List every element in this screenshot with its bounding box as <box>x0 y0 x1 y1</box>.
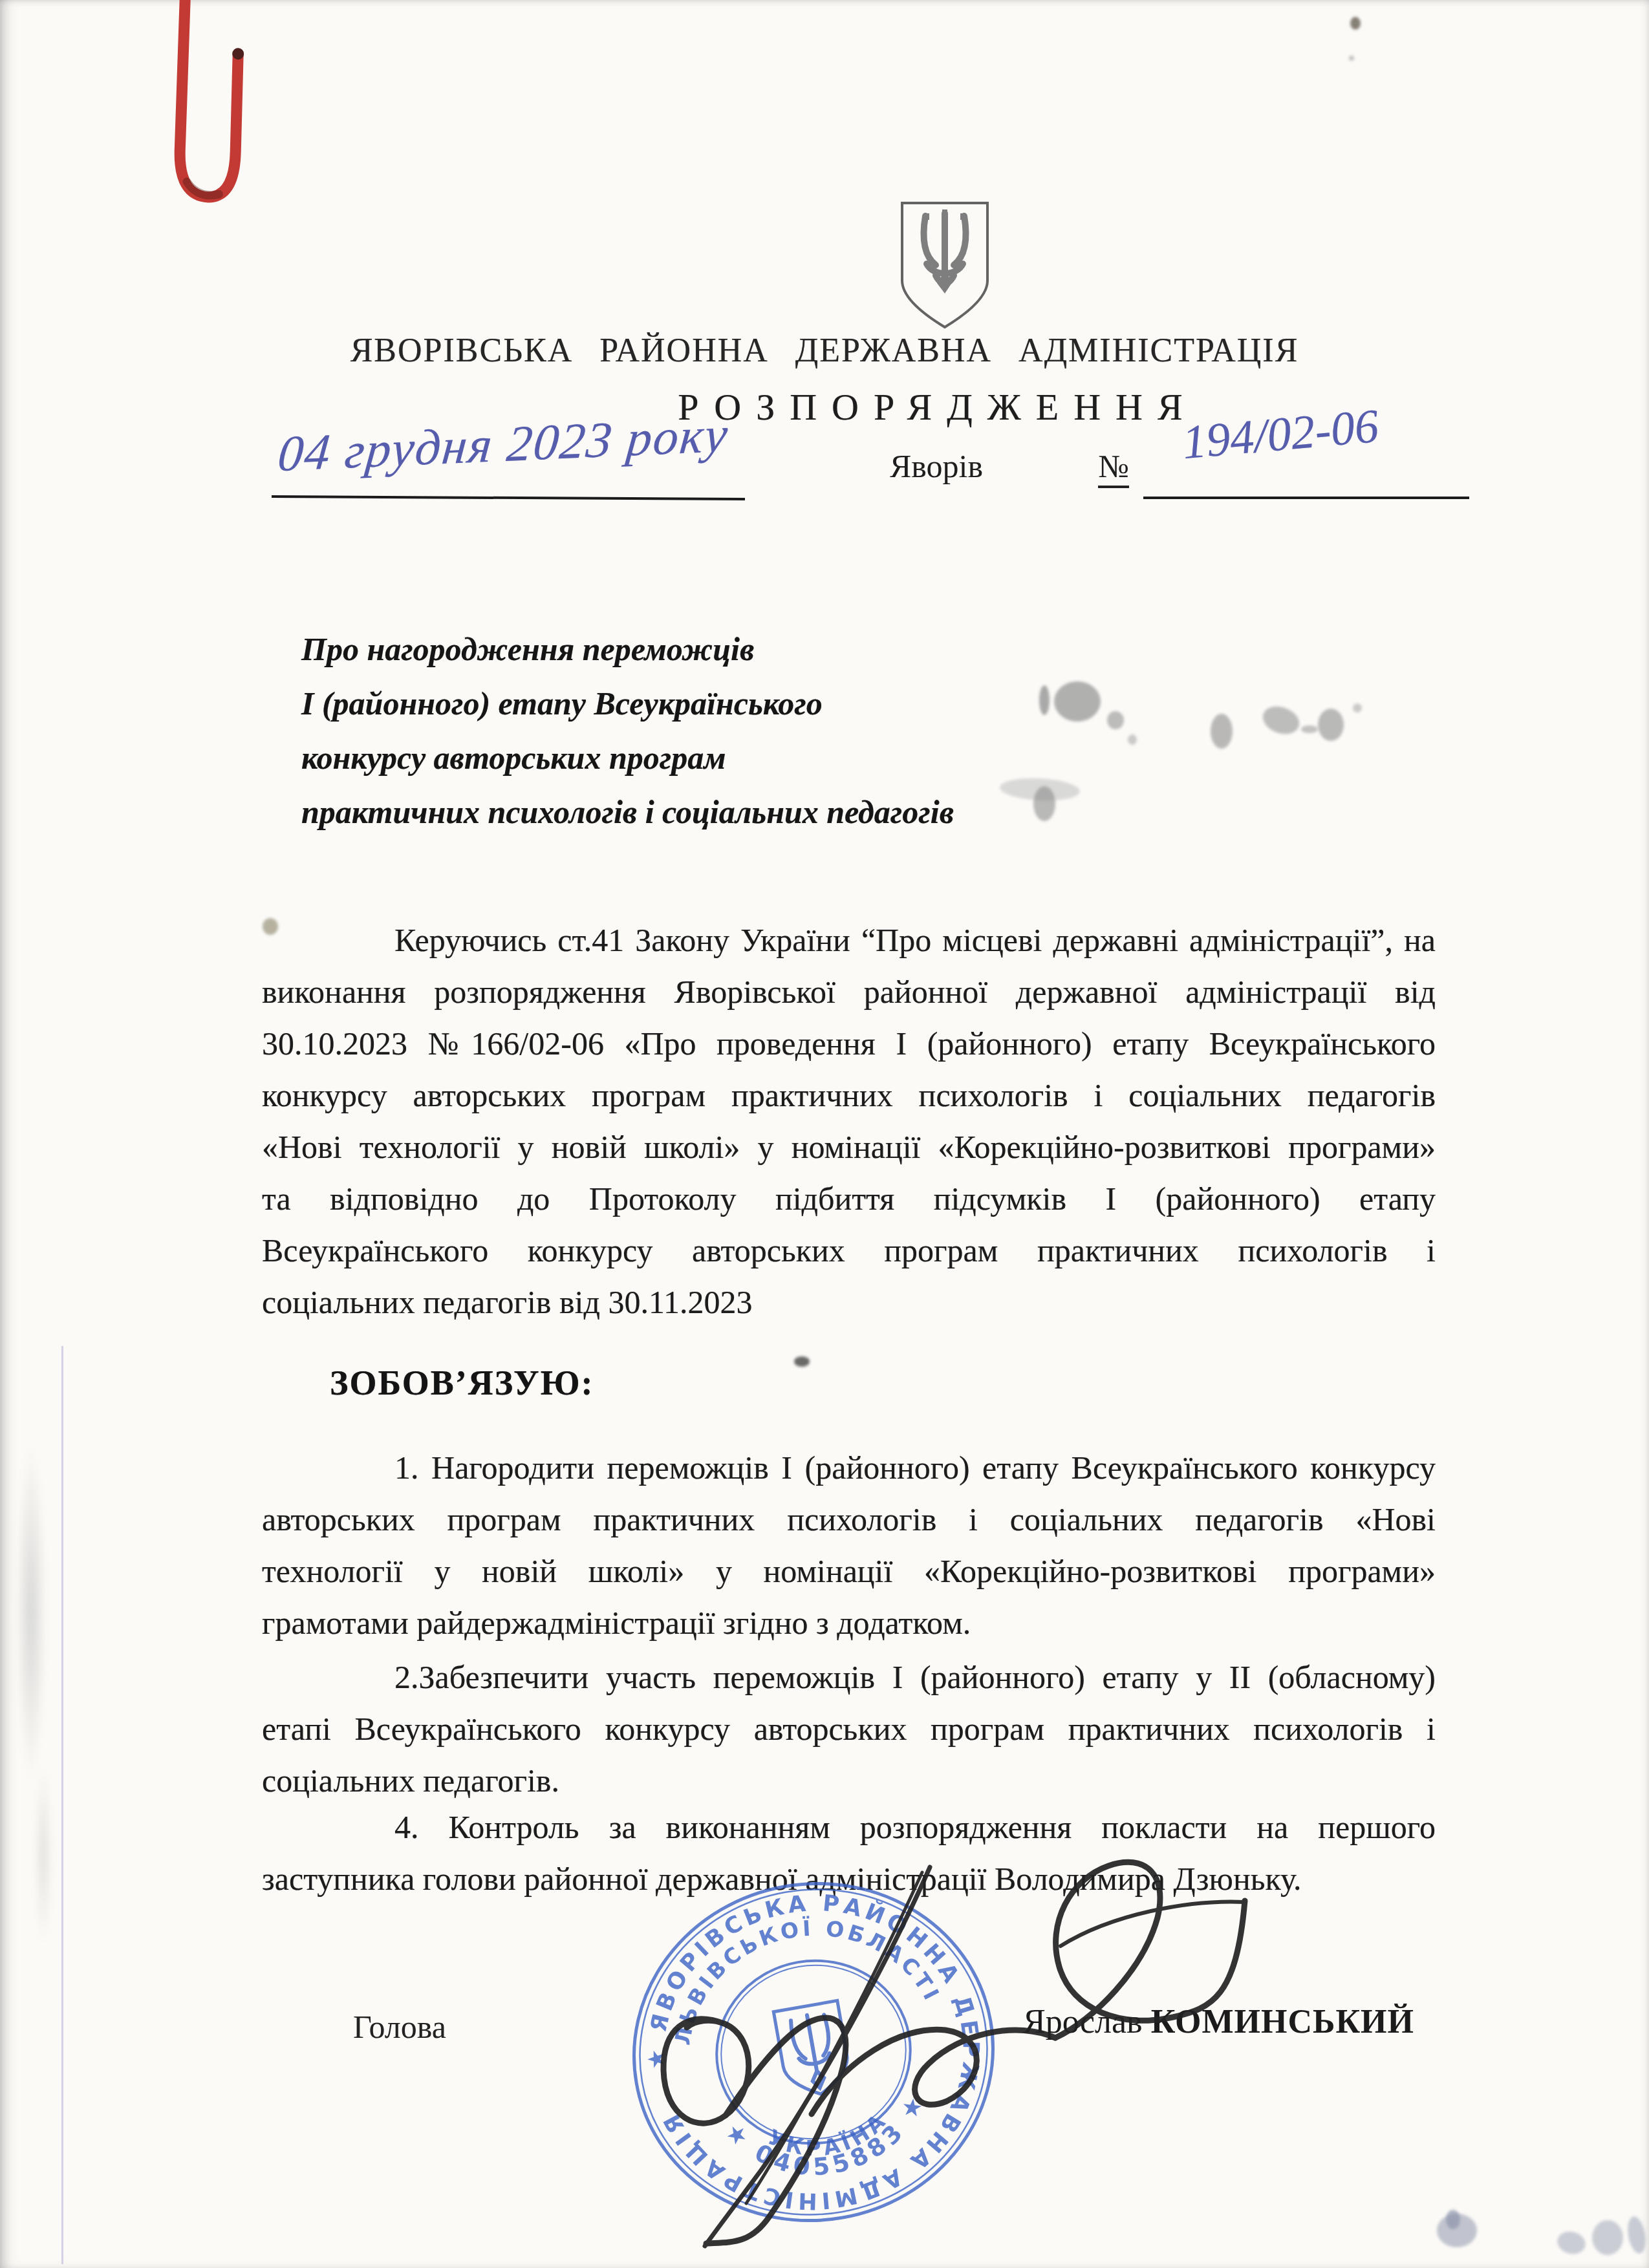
pencil-mark <box>1625 2215 1648 2255</box>
subject-block: Про нагородження переможців І (районного… <box>301 622 1207 839</box>
item-line: 2.Забезпечити участь переможців І (район… <box>262 1651 1436 1703</box>
item-line: 1. Нагородити переможців І (районного) е… <box>262 1442 1436 1493</box>
paragraph-line: соціальних педагогів від 30.11.2023 <box>262 1276 1436 1328</box>
place-name: Яворів <box>890 447 983 485</box>
toner-smudge <box>1211 714 1233 749</box>
paragraph-line: виконання розпорядження Яворівської райо… <box>262 966 1436 1018</box>
date-underline <box>272 495 745 500</box>
pencil-mark <box>1555 2229 1588 2257</box>
toner-smudge <box>1259 701 1303 738</box>
paragraph-line: «Нові технології у новій школі» у номіна… <box>262 1121 1436 1173</box>
speck <box>794 1356 810 1367</box>
toner-smudge <box>1054 681 1101 722</box>
paragraph-line: Всеукраїнського конкурсу авторських прог… <box>262 1225 1436 1276</box>
toner-smudge <box>1039 685 1050 715</box>
organization-name: ЯВОРІВСЬКА РАЙОННА ДЕРЖАВНА АДМІНІСТРАЦІ… <box>129 332 1520 370</box>
ukraine-trident-emblem-icon <box>896 199 994 332</box>
toner-smudge <box>1353 703 1362 712</box>
item-line: етапі Всеукраїнського конкурсу авторськи… <box>262 1703 1436 1755</box>
speck <box>1350 17 1361 30</box>
pencil-mark <box>1446 2210 1460 2229</box>
order-item-1: 1. Нагородити переможців І (районного) е… <box>262 1442 1436 1649</box>
toner-smudge <box>1318 709 1344 741</box>
pencil-mark <box>1592 2220 1623 2255</box>
paragraph-line: Керуючись ст.41 Закону України “Про місц… <box>262 914 1436 966</box>
toner-smudge <box>1033 786 1055 821</box>
scan-edge-line <box>61 1346 63 2264</box>
number-underline <box>1143 497 1469 499</box>
toner-smudge <box>1301 725 1318 733</box>
toner-smudge <box>1107 711 1124 729</box>
pen-signature <box>517 1836 1455 2263</box>
paragraph-line: 30.10.2023 №166/02-06 «Про проведення І … <box>262 1018 1436 1069</box>
item-line: грамотами райдержадміністрації згідно з … <box>262 1597 1436 1649</box>
paragraph-line: та відповідно до Протоколу підбиття підс… <box>262 1173 1436 1225</box>
paragraph-line: конкурсу авторських програм практичних п… <box>262 1069 1436 1121</box>
paperclip-icon <box>154 0 264 224</box>
order-item-2: 2.Забезпечити участь переможців І (район… <box>262 1651 1436 1806</box>
signer-position-label: Голова <box>353 2008 446 2046</box>
scan-smudge-streak <box>34 1765 53 1946</box>
toner-smudge <box>1128 734 1137 745</box>
item-line: авторських програм практичних психологів… <box>262 1493 1436 1545</box>
oblige-heading: ЗОБОВ’ЯЗУЮ: <box>330 1363 594 1403</box>
subject-line: конкурсу авторських програм <box>301 731 1207 785</box>
handwritten-date: 04 грудня 2023 року <box>275 405 731 484</box>
item-line: соціальних педагогів. <box>262 1755 1436 1806</box>
item-line: технології у новій школі» у номінації «К… <box>262 1545 1436 1597</box>
number-sign: № <box>1098 447 1129 488</box>
speck <box>263 918 278 935</box>
speck <box>1349 56 1354 61</box>
scan-smudge-streak <box>16 1442 47 1784</box>
scanned-document-page: ЯВОРІВСЬКА РАЙОННА ДЕРЖАВНА АДМІНІСТРАЦІ… <box>0 0 1649 2268</box>
preamble-paragraph: Керуючись ст.41 Закону України “Про місц… <box>262 914 1436 1328</box>
subject-line: Про нагородження переможців <box>301 622 1207 676</box>
